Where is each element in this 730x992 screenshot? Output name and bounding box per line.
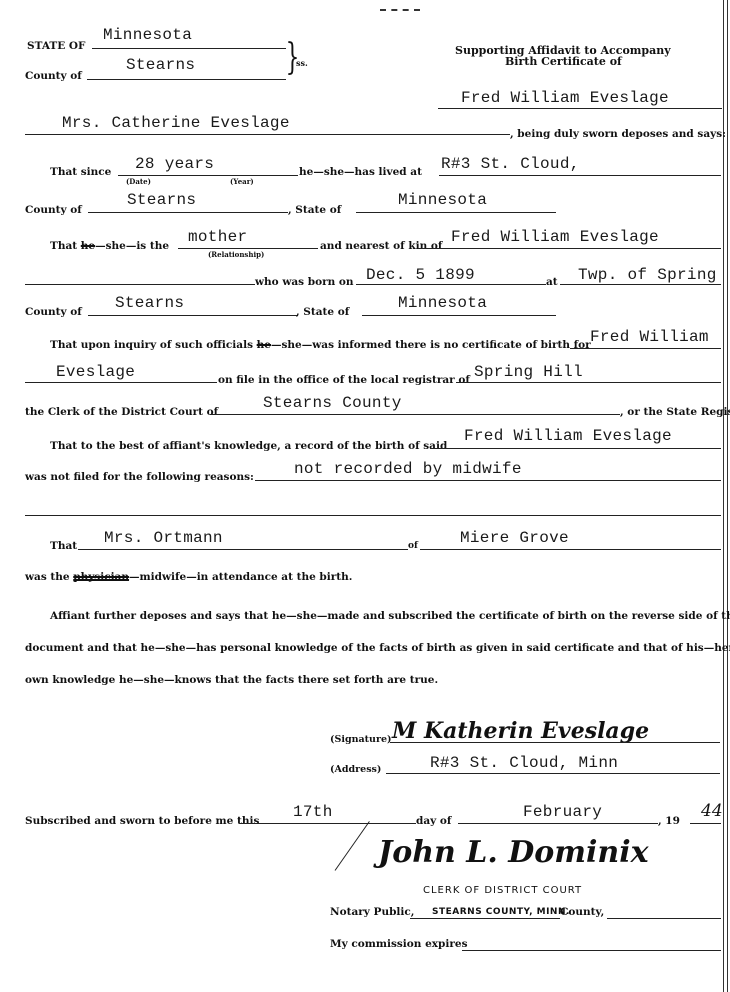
further-line-3: own knowledge he—she—knows that the fact… — [25, 674, 438, 686]
attendant-name-line — [78, 549, 408, 550]
attendant-place-line — [420, 549, 721, 550]
reasons-line-2 — [25, 515, 721, 516]
birth-state-label: , State of — [296, 306, 349, 318]
affiant-signature: M Katherin Eveslage — [392, 718, 649, 744]
was-the-text: was the — [25, 571, 70, 583]
affiant-line — [25, 134, 510, 135]
reasons-line — [255, 480, 721, 481]
res-state-value: Minnesota — [398, 191, 487, 209]
address-label: (Address) — [330, 764, 381, 775]
address-value: R#3 St. Cloud, Minn — [430, 754, 618, 772]
county-label: County of — [25, 70, 82, 82]
kin-line — [418, 248, 721, 249]
commission-line — [462, 950, 721, 951]
notary-public-label: Notary Public, — [330, 906, 414, 918]
birth-state-line — [362, 315, 556, 316]
county-value: Stearns — [126, 56, 195, 74]
knowledge-name: Fred William Eveslage — [464, 427, 672, 445]
res-state-line — [356, 212, 556, 213]
res-state-label: , State of — [288, 204, 341, 216]
address-sig-line — [386, 773, 720, 774]
inquiry-name-part1: Fred William — [590, 328, 709, 346]
relationship-prefix: That he—she—is the — [50, 240, 169, 252]
commission-label: My commission expires — [330, 938, 467, 950]
county-line — [87, 79, 286, 80]
reasons-label: was not filed for the following reasons: — [25, 471, 254, 483]
that-text: That — [50, 240, 77, 252]
birthplace-line — [560, 284, 721, 285]
page-border-right-inner — [723, 0, 724, 992]
relationship-line — [178, 248, 318, 249]
top-scan-mark — [380, 9, 420, 11]
birth-state-value: Minnesota — [398, 294, 487, 312]
res-county-value: Stearns — [127, 191, 196, 209]
birth-county-line — [88, 315, 298, 316]
affiant-name: Mrs. Catherine Eveslage — [62, 114, 290, 132]
attendant-that-label: That — [50, 540, 77, 552]
attendant-of-label: of — [408, 541, 418, 551]
clerk-value: Stearns County — [263, 394, 402, 412]
birth-county-value: Stearns — [115, 294, 184, 312]
address-line — [439, 175, 721, 176]
state-value: Minnesota — [103, 26, 192, 44]
knowledge-name-line — [430, 448, 721, 449]
notary-county-line — [410, 918, 560, 919]
clerk-label: the Clerk of the District Court of — [25, 406, 218, 418]
since-value: 28 years — [135, 155, 214, 173]
sworn-month: February — [523, 803, 602, 821]
at-label: at — [546, 276, 558, 288]
sworn-day-line — [240, 823, 416, 824]
state-label: STATE OF — [27, 40, 85, 52]
since-label: That since — [50, 166, 111, 178]
attendant-name: Mrs. Ortmann — [104, 529, 223, 547]
county-stamp: STEARNS COUNTY, MINN. — [432, 907, 570, 917]
knowledge-text: That to the best of affiant's knowledge,… — [50, 440, 447, 452]
state-registrar-label: , or the State Registrar. — [620, 406, 730, 418]
since-line — [118, 175, 298, 176]
sworn-month-line — [458, 823, 658, 824]
struck-physician: physician — [73, 571, 129, 583]
born-on-value: Dec. 5 1899 — [366, 266, 475, 284]
certificate-name-line — [438, 108, 722, 109]
sworn-year: 44 — [701, 801, 723, 821]
certificate-name: Fred William Eveslage — [461, 89, 669, 107]
sworn-label: Subscribed and sworn to before me this — [25, 815, 259, 827]
title-line2: Birth Certificate of — [505, 55, 622, 68]
role-text: —midwife—in attendance at the birth. — [129, 571, 352, 583]
kin-name: Fred William Eveslage — [451, 228, 659, 246]
inquiry-text-b: —she—was informed there is no certificat… — [271, 339, 591, 351]
born-on-label: who was born on — [255, 276, 354, 288]
further-line-1: Affiant further deposes and says that he… — [50, 610, 730, 622]
res-county-label: County of — [25, 204, 82, 216]
clerk-stamp: CLERK OF DISTRICT COURT — [423, 885, 582, 896]
relationship-value: mother — [188, 228, 247, 246]
year-prefix: , 19 — [658, 815, 680, 827]
further-line-2: document and that he—she—has personal kn… — [25, 642, 730, 654]
sworn-text: , being duly sworn deposes and says: — [510, 128, 726, 140]
notary-signature: John L. Dominix — [378, 835, 649, 870]
state-line — [92, 48, 286, 49]
county-suffix: County, — [560, 906, 604, 918]
struck-he: he — [257, 339, 271, 351]
residence-address: R#3 St. Cloud, — [441, 155, 580, 173]
born-blank-line — [25, 284, 255, 285]
inquiry-text-a: That upon inquiry of such officials — [50, 339, 253, 351]
nearest-kin-label: and nearest of kin of — [320, 240, 442, 252]
reasons-value: not recorded by midwife — [294, 460, 522, 478]
inquiry-name2-line — [25, 382, 217, 383]
birthplace-value: Twp. of Spring — [578, 266, 717, 284]
registrar-line — [456, 382, 721, 383]
notary-county-line-2 — [607, 918, 721, 919]
day-of-label: day of — [416, 815, 451, 827]
relationship-hint: (Relationship) — [208, 250, 264, 259]
signature-label: (Signature) — [330, 734, 392, 745]
notary-signature-flourish — [335, 821, 370, 871]
year-hint: (Year) — [230, 177, 254, 186]
on-file-label: on file in the office of the local regis… — [218, 374, 470, 386]
page-border-right-outer — [727, 0, 728, 992]
inquiry-name-part2: Eveslage — [56, 363, 135, 381]
attendant-place: Miere Grove — [460, 529, 569, 547]
born-on-line — [356, 284, 546, 285]
she-is-the-text: —she—is the — [95, 240, 169, 252]
sworn-year-line — [690, 823, 721, 824]
date-hint: (Date) — [126, 177, 151, 186]
struck-he: he — [81, 240, 95, 252]
clerk-line — [210, 414, 620, 415]
ss-label: ss. — [296, 58, 308, 68]
inquiry-name-line — [570, 348, 721, 349]
lived-at-label: he—she—has lived at — [299, 166, 422, 178]
res-county-line — [88, 212, 288, 213]
registrar-value: Spring Hill — [474, 363, 583, 381]
attendant-role: was the physician—midwife—in attendance … — [25, 571, 352, 583]
sworn-day: 17th — [293, 803, 333, 821]
signature-line — [390, 742, 720, 743]
inquiry-text: That upon inquiry of such officials he—s… — [50, 339, 591, 351]
birth-county-label: County of — [25, 306, 82, 318]
